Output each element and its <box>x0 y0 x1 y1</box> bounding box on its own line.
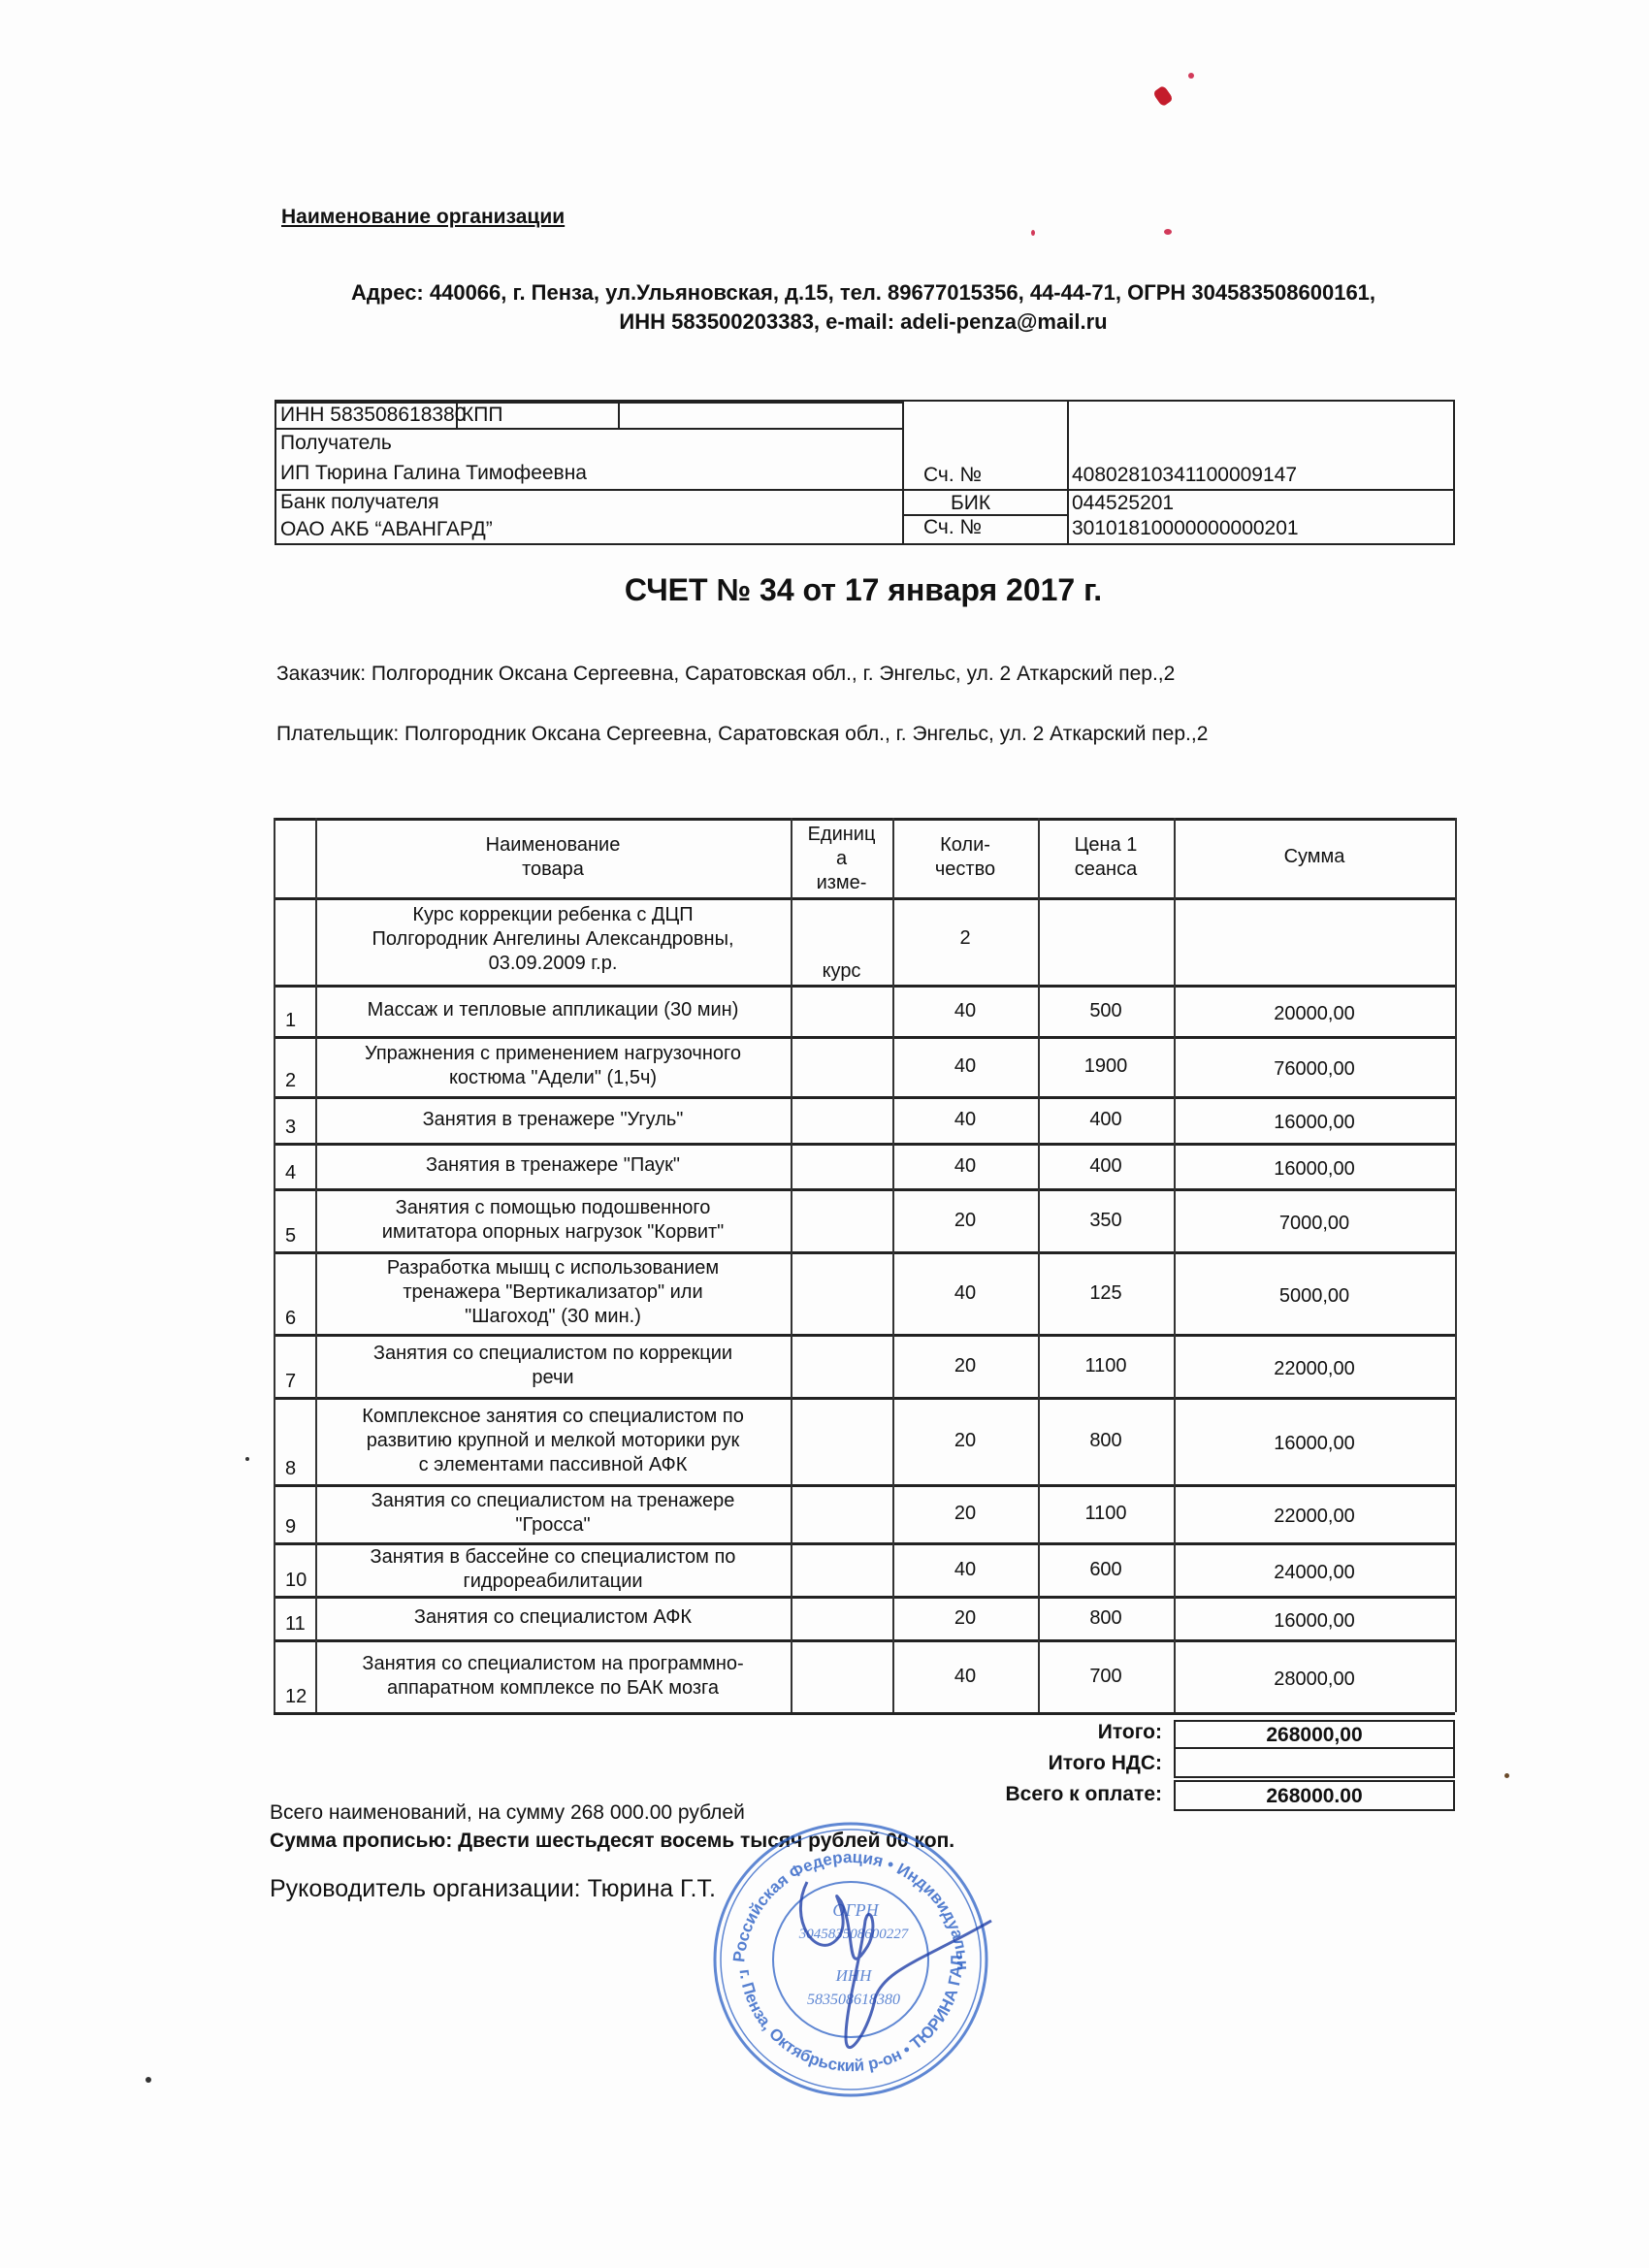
course-description: Курс коррекции ребенка с ДЦП <box>315 903 791 927</box>
service-sum: 20000,00 <box>1174 1002 1455 1026</box>
scan-speck <box>1164 229 1172 235</box>
row-number: 5 <box>285 1225 296 1247</box>
service-price: 350 <box>1038 1209 1174 1233</box>
course-unit: курс <box>791 959 892 984</box>
service-name: Занятия со специалистом АФК <box>315 1605 791 1630</box>
service-price: 700 <box>1038 1665 1174 1689</box>
service-sum: 24000,00 <box>1174 1561 1455 1585</box>
service-sum: 16000,00 <box>1174 1432 1455 1456</box>
table-grid-line <box>274 1036 1455 1039</box>
column-header-name: товара <box>315 858 791 882</box>
service-name: костюма "Адели" (1,5ч) <box>315 1066 791 1090</box>
row-number: 4 <box>285 1162 296 1184</box>
service-sum: 16000,00 <box>1174 1111 1455 1135</box>
service-quantity: 20 <box>892 1606 1038 1631</box>
service-quantity: 40 <box>892 1665 1038 1689</box>
row-number: 11 <box>285 1613 306 1636</box>
total-label: Итого: <box>912 1721 1162 1744</box>
table-grid-line <box>274 1143 1455 1146</box>
inn-field: ИНН 583508618380 <box>280 404 466 427</box>
column-header-name: Наименование <box>315 833 791 858</box>
service-quantity: 40 <box>892 1281 1038 1306</box>
service-name: Комплексное занятия со специалистом по <box>315 1405 791 1429</box>
organization-name-heading: Наименование организации <box>281 206 565 229</box>
service-name: Занятия с помощью подошвенного <box>315 1196 791 1220</box>
stamp-inn: 583508618380 <box>807 1992 900 2008</box>
service-price: 400 <box>1038 1108 1174 1132</box>
service-sum: 22000,00 <box>1174 1505 1455 1529</box>
stamp-ogrn: 304583508600227 <box>798 1927 910 1942</box>
payer-line: Плательщик: Полгородник Оксана Сергеевна… <box>276 723 1208 746</box>
service-name: речи <box>315 1366 791 1390</box>
scan-speck <box>1188 73 1194 79</box>
table-grid-line <box>274 1251 1455 1254</box>
service-price: 600 <box>1038 1558 1174 1582</box>
table-grid-line <box>1455 818 1457 1712</box>
course-quantity: 2 <box>892 926 1038 951</box>
organization-address-line2: ИНН 583500203383, e-mail: adeli-penza@ma… <box>262 308 1465 337</box>
service-name: тренажера "Вертикализатор" или <box>315 1280 791 1305</box>
service-sum: 28000,00 <box>1174 1668 1455 1692</box>
service-quantity: 40 <box>892 1054 1038 1079</box>
course-description: 03.09.2009 г.р. <box>315 952 791 976</box>
table-grid-line <box>274 1596 1455 1599</box>
corr-account-label: Сч. № <box>923 516 982 539</box>
bank-details-table: ИНН 583508618380 КПП Получатель ИП Тюрин… <box>275 400 1455 545</box>
service-quantity: 20 <box>892 1209 1038 1233</box>
service-sum: 7000,00 <box>1174 1212 1455 1236</box>
bik-label: БИК <box>951 492 990 515</box>
table-grid-line <box>274 1397 1455 1400</box>
account-value: 40802810341100009147 <box>1072 464 1297 487</box>
service-name: с элементами пассивной АФК <box>315 1453 791 1477</box>
bank-name: ОАО АКБ “АВАНГАРД” <box>280 518 493 541</box>
service-price: 1100 <box>1038 1502 1174 1526</box>
row-number: 6 <box>285 1308 296 1330</box>
total-value: 268000,00 <box>1174 1720 1455 1749</box>
stamp-outer-text: Российская Федерация • Индивидуальный пр… <box>700 1814 972 1970</box>
service-sum: 16000,00 <box>1174 1157 1455 1182</box>
column-header-price: Цена 1 <box>1038 833 1174 858</box>
table-grid-line <box>274 818 275 1712</box>
row-number: 9 <box>285 1516 296 1539</box>
bank-label: Банк получателя <box>280 491 439 514</box>
service-name: Занятия со специалистом на тренажере <box>315 1489 791 1513</box>
service-quantity: 20 <box>892 1502 1038 1526</box>
row-number: 10 <box>285 1570 307 1592</box>
service-sum: 22000,00 <box>1174 1357 1455 1381</box>
column-header-unit: изме- <box>791 871 892 895</box>
kpp-label: КПП <box>462 404 502 427</box>
vat-value <box>1174 1749 1455 1778</box>
amount-due-value: 268000.00 <box>1174 1780 1455 1811</box>
column-header-unit: Единиц <box>791 823 892 847</box>
service-sum: 16000,00 <box>1174 1609 1455 1634</box>
service-name: Разработка мышц с использованием <box>315 1256 791 1280</box>
column-header-quantity: чество <box>892 858 1038 882</box>
recipient-label: Получатель <box>280 432 392 455</box>
service-price: 1100 <box>1038 1354 1174 1378</box>
service-quantity: 40 <box>892 1108 1038 1132</box>
service-name: аппаратном комплексе по БАК мозга <box>315 1676 791 1701</box>
service-name: "Шагоход" (30 мин.) <box>315 1305 791 1329</box>
scan-speck <box>145 2077 151 2083</box>
service-name: Занятия в тренажере "Паук" <box>315 1153 791 1178</box>
service-price: 800 <box>1038 1606 1174 1631</box>
customer-line: Заказчик: Полгородник Оксана Сергеевна, … <box>276 663 1175 686</box>
service-quantity: 40 <box>892 999 1038 1023</box>
row-number: 8 <box>285 1458 296 1480</box>
table-grid-line <box>274 1484 1455 1487</box>
items-summary: Всего наименований, на сумму 268 000.00 … <box>270 1801 745 1825</box>
service-name: Массаж и тепловые аппликации (30 мин) <box>315 998 791 1022</box>
table-grid-line <box>274 1334 1455 1337</box>
column-header-quantity: Коли- <box>892 833 1038 858</box>
service-name: Занятия в бассейне со специалистом по <box>315 1545 791 1570</box>
service-price: 400 <box>1038 1154 1174 1179</box>
company-stamp: Российская Федерация • Индивидуальный пр… <box>700 1814 1001 2105</box>
table-grid-line <box>274 1639 1455 1642</box>
table-grid-line <box>274 1188 1455 1191</box>
organization-address-line1: Адрес: 440066, г. Пенза, ул.Ульяновская,… <box>262 278 1465 308</box>
bik-value: 044525201 <box>1072 492 1174 515</box>
corr-account-value: 30101810000000000201 <box>1072 517 1299 540</box>
director-signature-line: Руководитель организации: Тюрина Г.Т. <box>270 1875 716 1903</box>
column-header-sum: Сумма <box>1174 845 1455 869</box>
service-price: 800 <box>1038 1429 1174 1453</box>
row-number: 7 <box>285 1371 296 1393</box>
column-header-price: сеанса <box>1038 858 1174 882</box>
service-price: 125 <box>1038 1281 1174 1306</box>
table-grid-line <box>274 818 1455 821</box>
service-name: "Гросса" <box>315 1513 791 1538</box>
recipient-name: ИП Тюрина Галина Тимофеевна <box>280 462 587 485</box>
scan-speck <box>1504 1773 1509 1778</box>
service-name: имитатора опорных нагрузок "Корвит" <box>315 1220 791 1245</box>
service-name: гидрореабилитации <box>315 1570 791 1594</box>
items-table: НаименованиетовараЕдиницаизме-Коли-честв… <box>274 818 1455 1712</box>
account-label: Сч. № <box>923 464 982 487</box>
service-name: развитию крупной и мелкой моторики рук <box>315 1429 791 1453</box>
service-name: Упражнения с применением нагрузочного <box>315 1042 791 1066</box>
amount-due-label: Всего к оплате: <box>912 1783 1162 1806</box>
course-description: Полгородник Ангелины Александровны, <box>315 927 791 952</box>
service-quantity: 20 <box>892 1429 1038 1453</box>
table-grid-line <box>274 985 1455 988</box>
invoice-title: СЧЕТ № 34 от 17 января 2017 г. <box>262 572 1465 608</box>
column-header-unit: а <box>791 847 892 871</box>
service-quantity: 40 <box>892 1154 1038 1179</box>
service-price: 1900 <box>1038 1054 1174 1079</box>
table-grid-line <box>274 1712 1455 1715</box>
scan-speck <box>1152 85 1174 108</box>
service-name: Занятия со специалистом по коррекции <box>315 1342 791 1366</box>
table-grid-line <box>274 1096 1455 1099</box>
service-quantity: 40 <box>892 1558 1038 1582</box>
service-quantity: 20 <box>892 1354 1038 1378</box>
table-grid-line <box>274 897 1455 900</box>
scan-speck <box>1031 230 1035 236</box>
svg-text:Российская Федерация • Индивид: Российская Федерация • Индивидуальный пр… <box>700 1814 972 1970</box>
row-number: 2 <box>285 1070 296 1092</box>
service-price: 500 <box>1038 999 1174 1023</box>
service-sum: 76000,00 <box>1174 1057 1455 1082</box>
vat-label: Итого НДС: <box>912 1752 1162 1775</box>
row-number: 12 <box>285 1686 307 1708</box>
row-number: 3 <box>285 1117 296 1139</box>
service-name: Занятия со специалистом на программно- <box>315 1652 791 1676</box>
service-name: Занятия в тренажере "Угуль" <box>315 1108 791 1132</box>
service-sum: 5000,00 <box>1174 1284 1455 1309</box>
table-grid-line <box>791 818 792 1712</box>
row-number: 1 <box>285 1010 296 1032</box>
scan-speck <box>245 1457 249 1461</box>
